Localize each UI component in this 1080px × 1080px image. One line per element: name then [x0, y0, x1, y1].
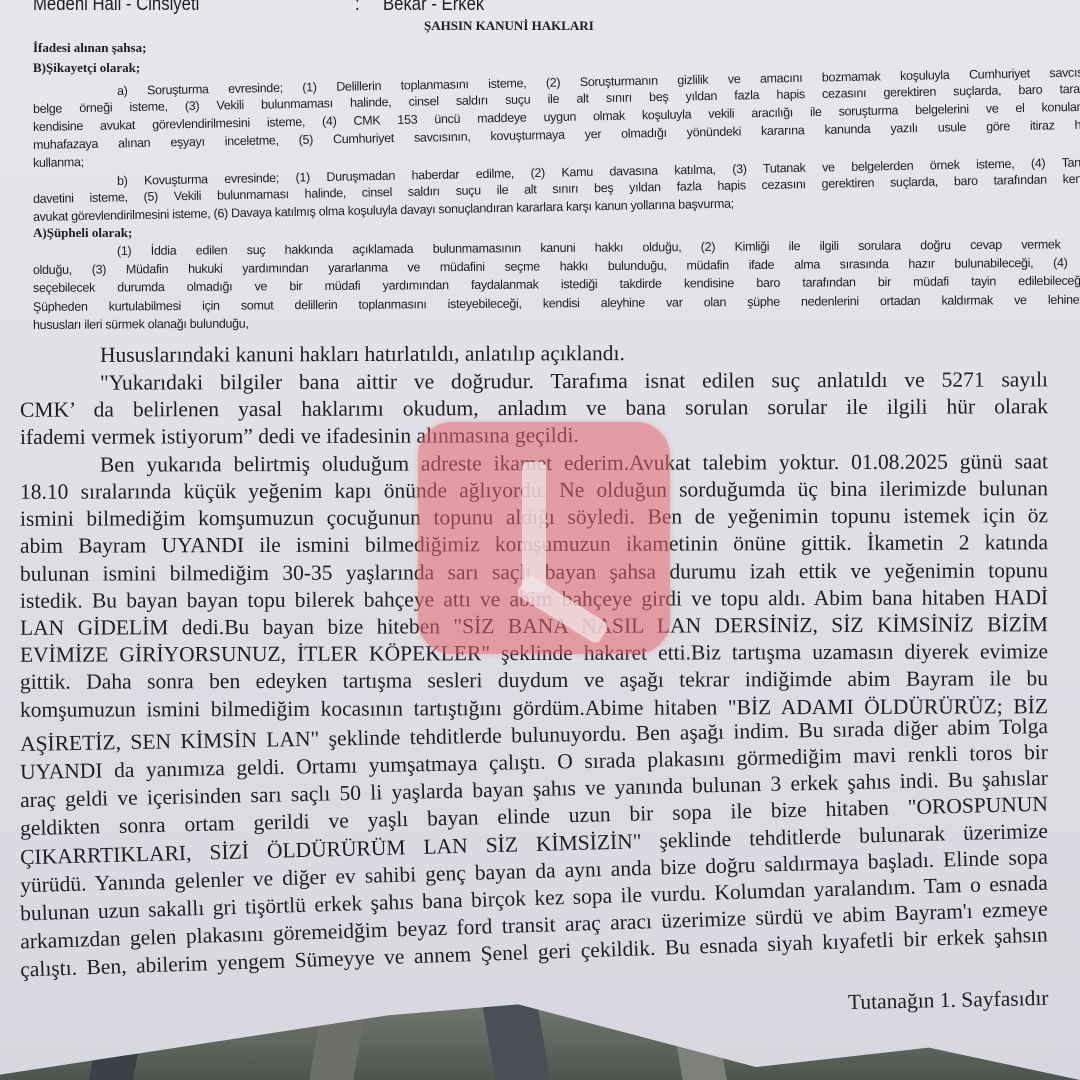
app-logo-icon — [522, 462, 546, 592]
text-line: Hususlarındaki kanuni hakları hatırlatıl… — [100, 341, 625, 368]
suspect-heading: A)Şüpheli olarak; — [33, 225, 132, 241]
text-line: (1) İddia edilen suç hakkında açıklamada… — [117, 237, 1080, 258]
text-line: hususları ileri sürmek olanağı bulunduğu… — [33, 316, 249, 332]
text-line: seçebilecek durumda olmadığı ve bir müda… — [33, 273, 1080, 295]
rights-intro: İfadesi alınan şahsa; — [33, 40, 146, 56]
page-footer: Tutanağın 1. Sayfasıdır — [847, 986, 1048, 1015]
document-page: Medeni Hali - Cinsiyeti : Bekar - Erkek … — [0, 0, 1080, 1080]
text-line: CMK’ da belirlenen yasal haklarımı okudu… — [20, 395, 1048, 424]
complainant-heading: B)Şikayetçi olarak; — [33, 60, 140, 76]
field-separator: : — [355, 0, 360, 16]
text-line: gittik. Daha sonra ben edeyken tartışma … — [20, 667, 1048, 696]
text-line: kullanma; — [33, 155, 84, 170]
marital-status-label: Medeni Hali - Cinsiyeti — [33, 0, 199, 16]
marital-status-value: Bekar - Erkek — [383, 0, 484, 16]
text-line: Şüpheden kurtulabilmesi için somut delil… — [33, 292, 1080, 314]
watermark-logo — [418, 422, 670, 654]
section-title: ŞAHSIN KANUNİ HAKLARI — [424, 18, 594, 34]
text-line: olduğu, (3) Müdafin hukuki yardımından y… — [33, 255, 1080, 277]
text-line: "Yukarıdaki bilgiler bana aittir ve doğr… — [100, 368, 1048, 396]
